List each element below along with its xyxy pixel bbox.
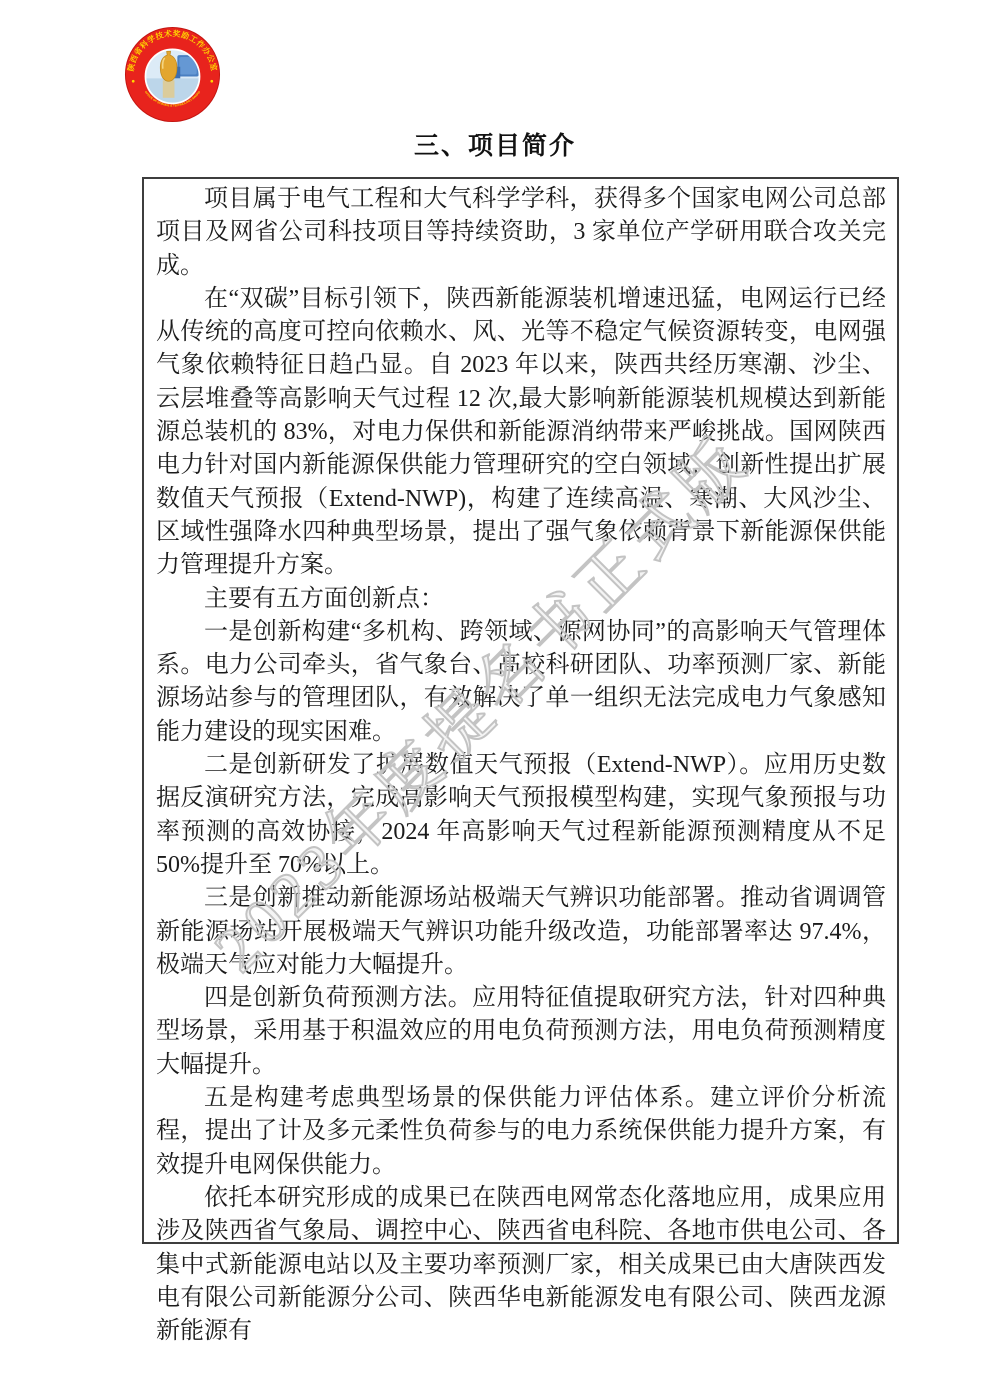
paragraph-funding: 项目属于电气工程和大气科学学科，获得多个国家电网公司总部项目及网省公司科技项目等…	[156, 183, 886, 283]
paragraph-application: 依托本研究形成的成果已在陕西电网常态化落地应用，成果应用涉及陕西省气象局、调控中…	[156, 1182, 886, 1348]
paragraph-innovation-intro: 主要有五方面创新点：	[156, 583, 886, 616]
section-title: 三、项目简介	[0, 126, 990, 162]
award-office-seal-logo: 陕西省科学技术奖励工作办公室 OFFICE OF SCIENCE & TECHN…	[124, 26, 221, 123]
paragraph-innovation-1: 一是创新构建“多机构、跨领域、源网协同”的高影响天气管理体系。电力公司牵头，省气…	[156, 616, 886, 749]
paragraph-background: 在“双碳”目标引领下，陕西新能源装机增速迅猛，电网运行已经从传统的高度可控向依赖…	[156, 283, 886, 583]
seal-logo-icon: 陕西省科学技术奖励工作办公室 OFFICE OF SCIENCE & TECHN…	[124, 26, 221, 123]
seal-right-dot	[210, 80, 213, 83]
paragraph-innovation-4: 四是创新负荷预测方法。应用特征值提取研究方法，针对四种典型场景，采用基于积温效应…	[156, 982, 886, 1082]
paragraph-innovation-3: 三是创新推动新能源场站极端天气辨识功能部署。推动省调调管新能源场站开展极端天气辨…	[156, 882, 886, 982]
seal-left-dot	[132, 80, 135, 83]
paragraph-innovation-2: 二是创新研发了扩展数值天气预报（Extend-NWP）。应用历史数据反演研究方法…	[156, 749, 886, 882]
paragraph-innovation-5: 五是构建考虑典型场景的保供能力评估体系。建立评价分析流程，提出了计及多元柔性负荷…	[156, 1082, 886, 1182]
project-summary-box: 项目属于电气工程和大气科学学科，获得多个国家电网公司总部项目及网省公司科技项目等…	[142, 177, 899, 1244]
